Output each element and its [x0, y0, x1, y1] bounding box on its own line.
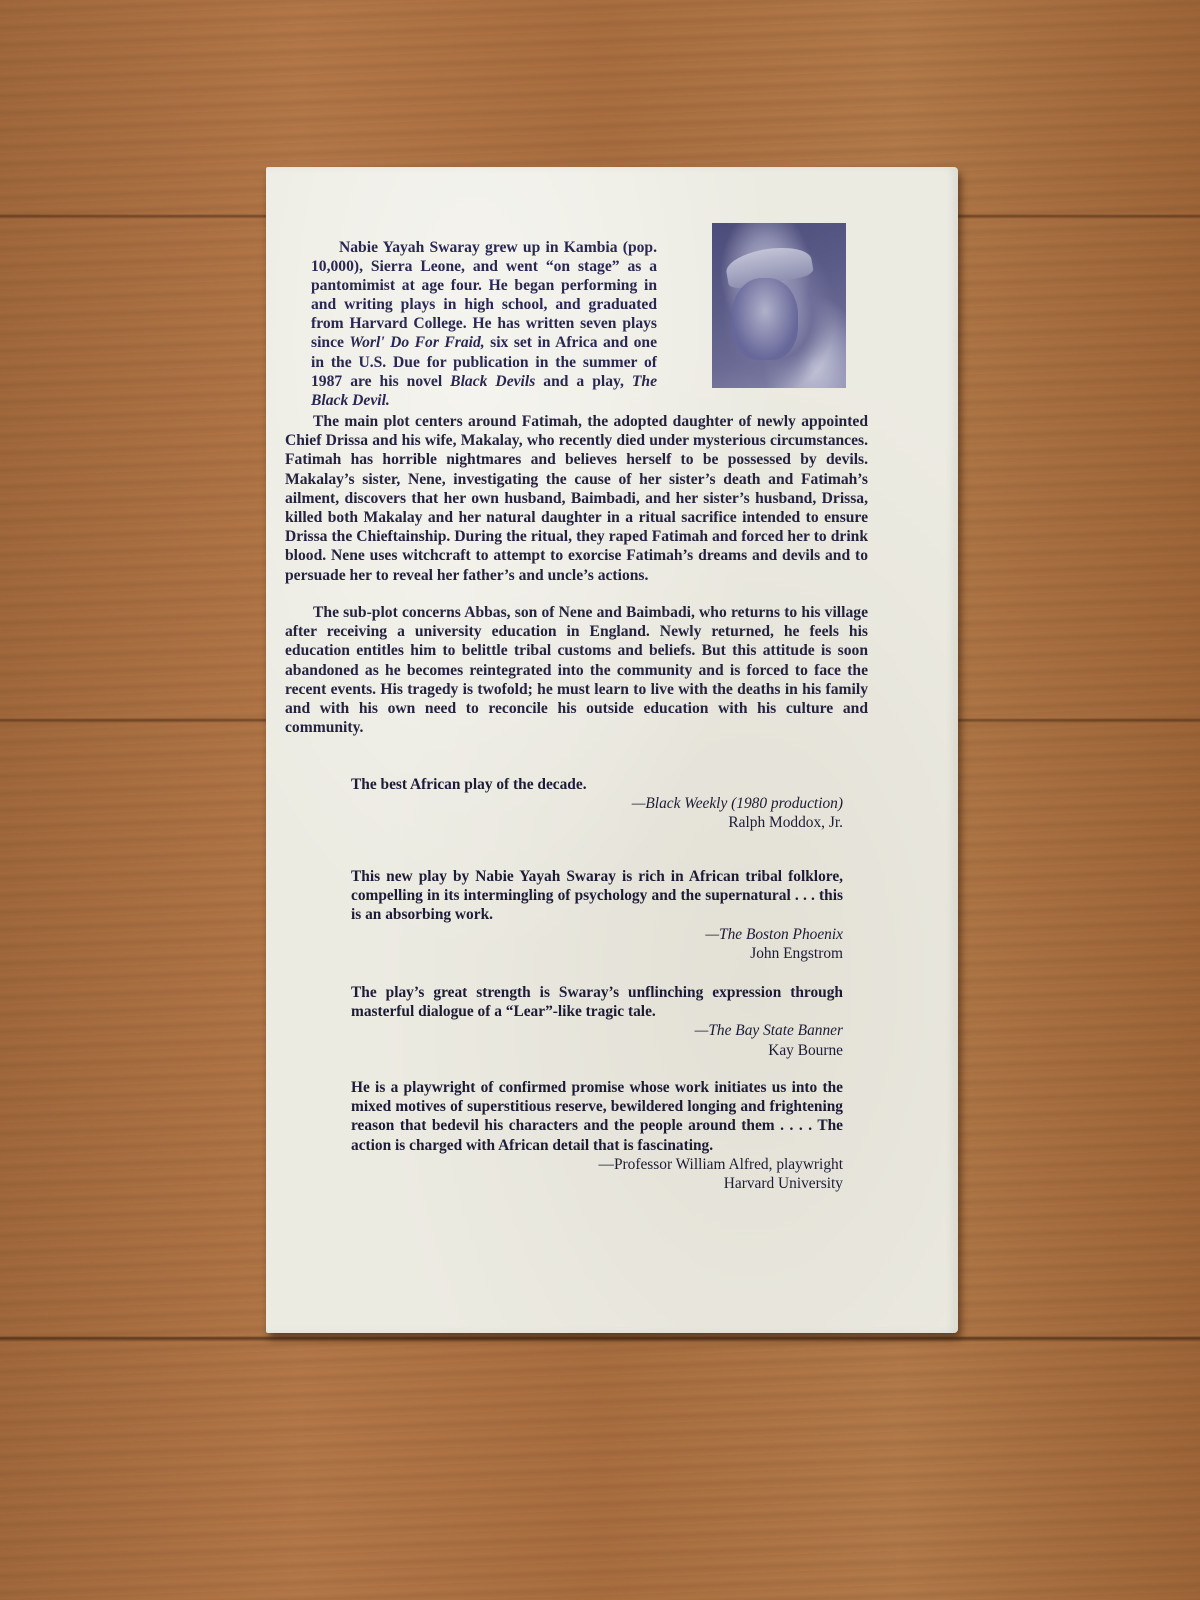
review-black-weekly: The best African play of the decade. —Bl… [351, 775, 843, 833]
bio-title-worl-do-for-fraid: Worl' Do For Fraid, [349, 334, 484, 351]
bio-text: and a play, [535, 373, 632, 390]
author-portrait [712, 223, 846, 388]
review-author: Kay Bourne [351, 1041, 843, 1060]
review-source: —Professor William Alfred, playwright [351, 1155, 843, 1174]
review-william-alfred: He is a playwright of confirmed promise … [351, 1078, 843, 1193]
review-quote: The best African play of the decade. [351, 775, 843, 794]
portrait-face [732, 278, 798, 360]
review-author: Harvard University [351, 1174, 843, 1193]
book-back-cover: Nabie Yayah Swaray grew up in Kambia (po… [266, 167, 958, 1333]
review-author: John Engstrom [351, 944, 843, 963]
author-bio: Nabie Yayah Swaray grew up in Kambia (po… [311, 238, 657, 410]
review-boston-phoenix: This new play by Nabie Yayah Swaray is r… [351, 867, 843, 963]
review-source: —Black Weekly (1980 production) [351, 794, 843, 813]
review-source: —The Bay State Banner [351, 1021, 843, 1040]
review-quote: The play’s great strength is Swaray’s un… [351, 983, 843, 1021]
review-quote: He is a playwright of confirmed promise … [351, 1078, 843, 1155]
review-author: Ralph Moddox, Jr. [351, 813, 843, 832]
review-bay-state-banner: The play’s great strength is Swaray’s un… [351, 983, 843, 1060]
bio-title-black-devils: Black Devils [450, 373, 535, 390]
review-quote: This new play by Nabie Yayah Swaray is r… [351, 867, 843, 925]
sub-plot-paragraph: The sub-plot concerns Abbas, son of Nene… [285, 603, 868, 737]
review-source: —The Boston Phoenix [351, 925, 843, 944]
main-plot-paragraph: The main plot centers around Fatimah, th… [285, 412, 868, 585]
